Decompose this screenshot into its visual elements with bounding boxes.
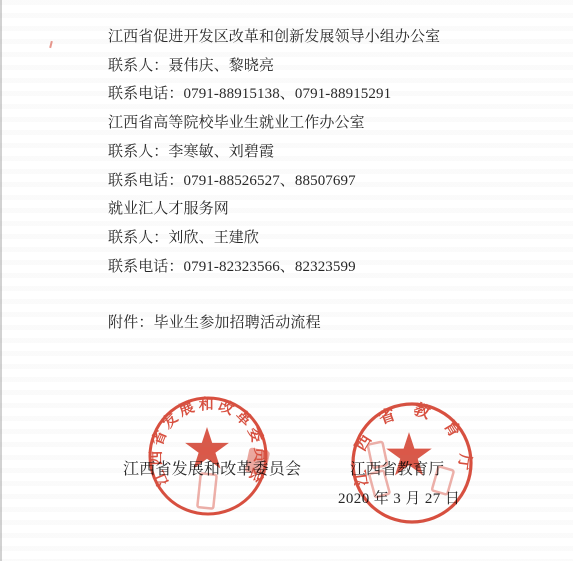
org-1-person: 联系人：聂伟庆、黎晓亮 [108,52,440,81]
document-page: 江西省促进开发区改革和创新发展领导小组办公室 联系人：聂伟庆、黎晓亮 联系电话：… [0,0,573,561]
star-icon [185,427,229,469]
seal-ghost-mark [369,470,390,497]
attachment-line: 附件：毕业生参加招聘活动流程 [108,314,321,332]
org-3-person: 联系人：刘欣、王建欣 [108,224,440,253]
red-ink-speck [49,41,53,48]
development-reform-commission-seal: 江西省发展和改革委员会 [138,386,278,526]
org-1-name: 江西省促进开发区改革和创新发展领导小组办公室 [108,23,440,52]
org-2-name: 江西省高等院校毕业生就业工作办公室 [108,109,440,138]
org-3-phone: 联系电话：0791-82323566、82323599 [108,253,440,282]
seal-ghost-mark [432,466,454,494]
org-1-phone: 联系电话：0791-88915138、0791-88915291 [108,80,440,109]
seal-ghost-mark [197,473,216,508]
contact-info-block: 江西省促进开发区改革和创新发展领导小组办公室 联系人：聂伟庆、黎晓亮 联系电话：… [108,23,440,281]
seal-ghost-mark [245,447,271,476]
star-icon [386,432,432,475]
org-3-name: 就业汇人才服务网 [108,195,440,224]
education-department-seal: 江西省教育厅 [341,392,483,534]
org-2-person: 联系人：李寒敏、刘碧霞 [108,138,440,167]
scan-left-edge [0,0,2,561]
org-2-phone: 联系电话：0791-88526527、88507697 [108,167,440,196]
